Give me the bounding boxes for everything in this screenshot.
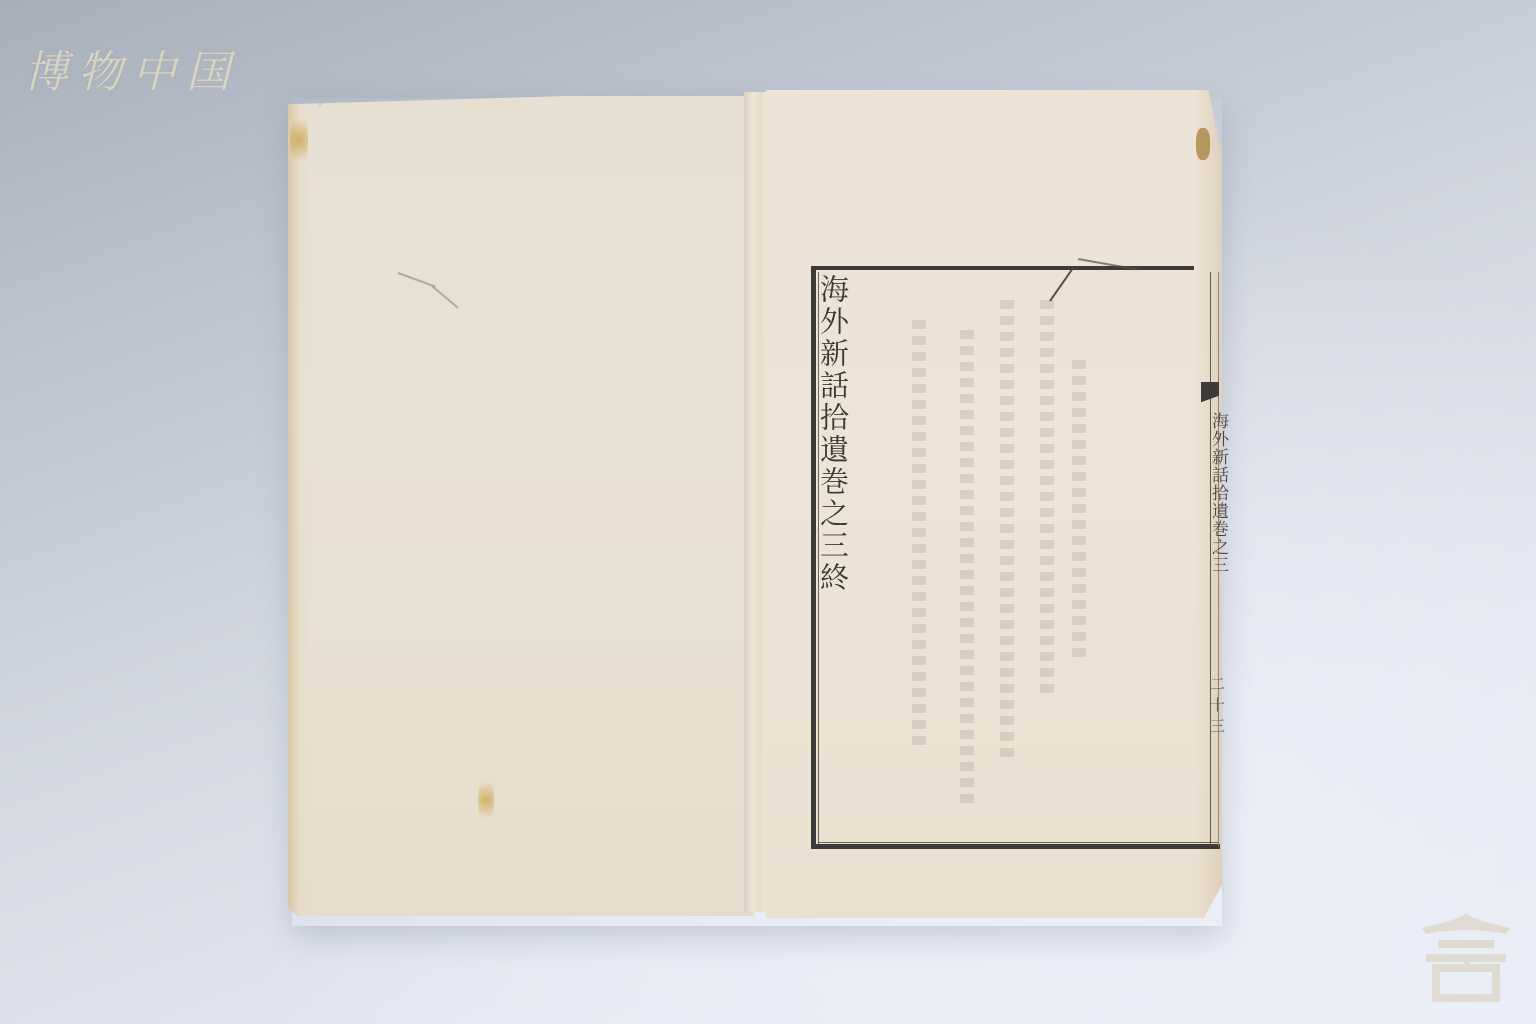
edge-stain — [1196, 128, 1210, 160]
pavilion-logo-icon — [1412, 908, 1520, 1004]
watermark: 博物中国 — [24, 36, 240, 100]
spine-title: 海外新話拾遺巻之三 — [1206, 412, 1231, 574]
printed-border-frame — [811, 266, 1194, 849]
frame-inner-rule — [818, 842, 1218, 843]
spine-page-number: 二十三 — [1207, 676, 1228, 739]
frame-rule — [1190, 844, 1220, 849]
edge-stain — [290, 110, 308, 170]
water-stain — [478, 775, 494, 825]
fishtail-mark-icon — [1201, 382, 1219, 412]
left-page — [288, 96, 754, 916]
corner-fold — [317, 32, 425, 108]
volume-end-title: 海外新話拾遺巻之三終 — [818, 274, 847, 594]
